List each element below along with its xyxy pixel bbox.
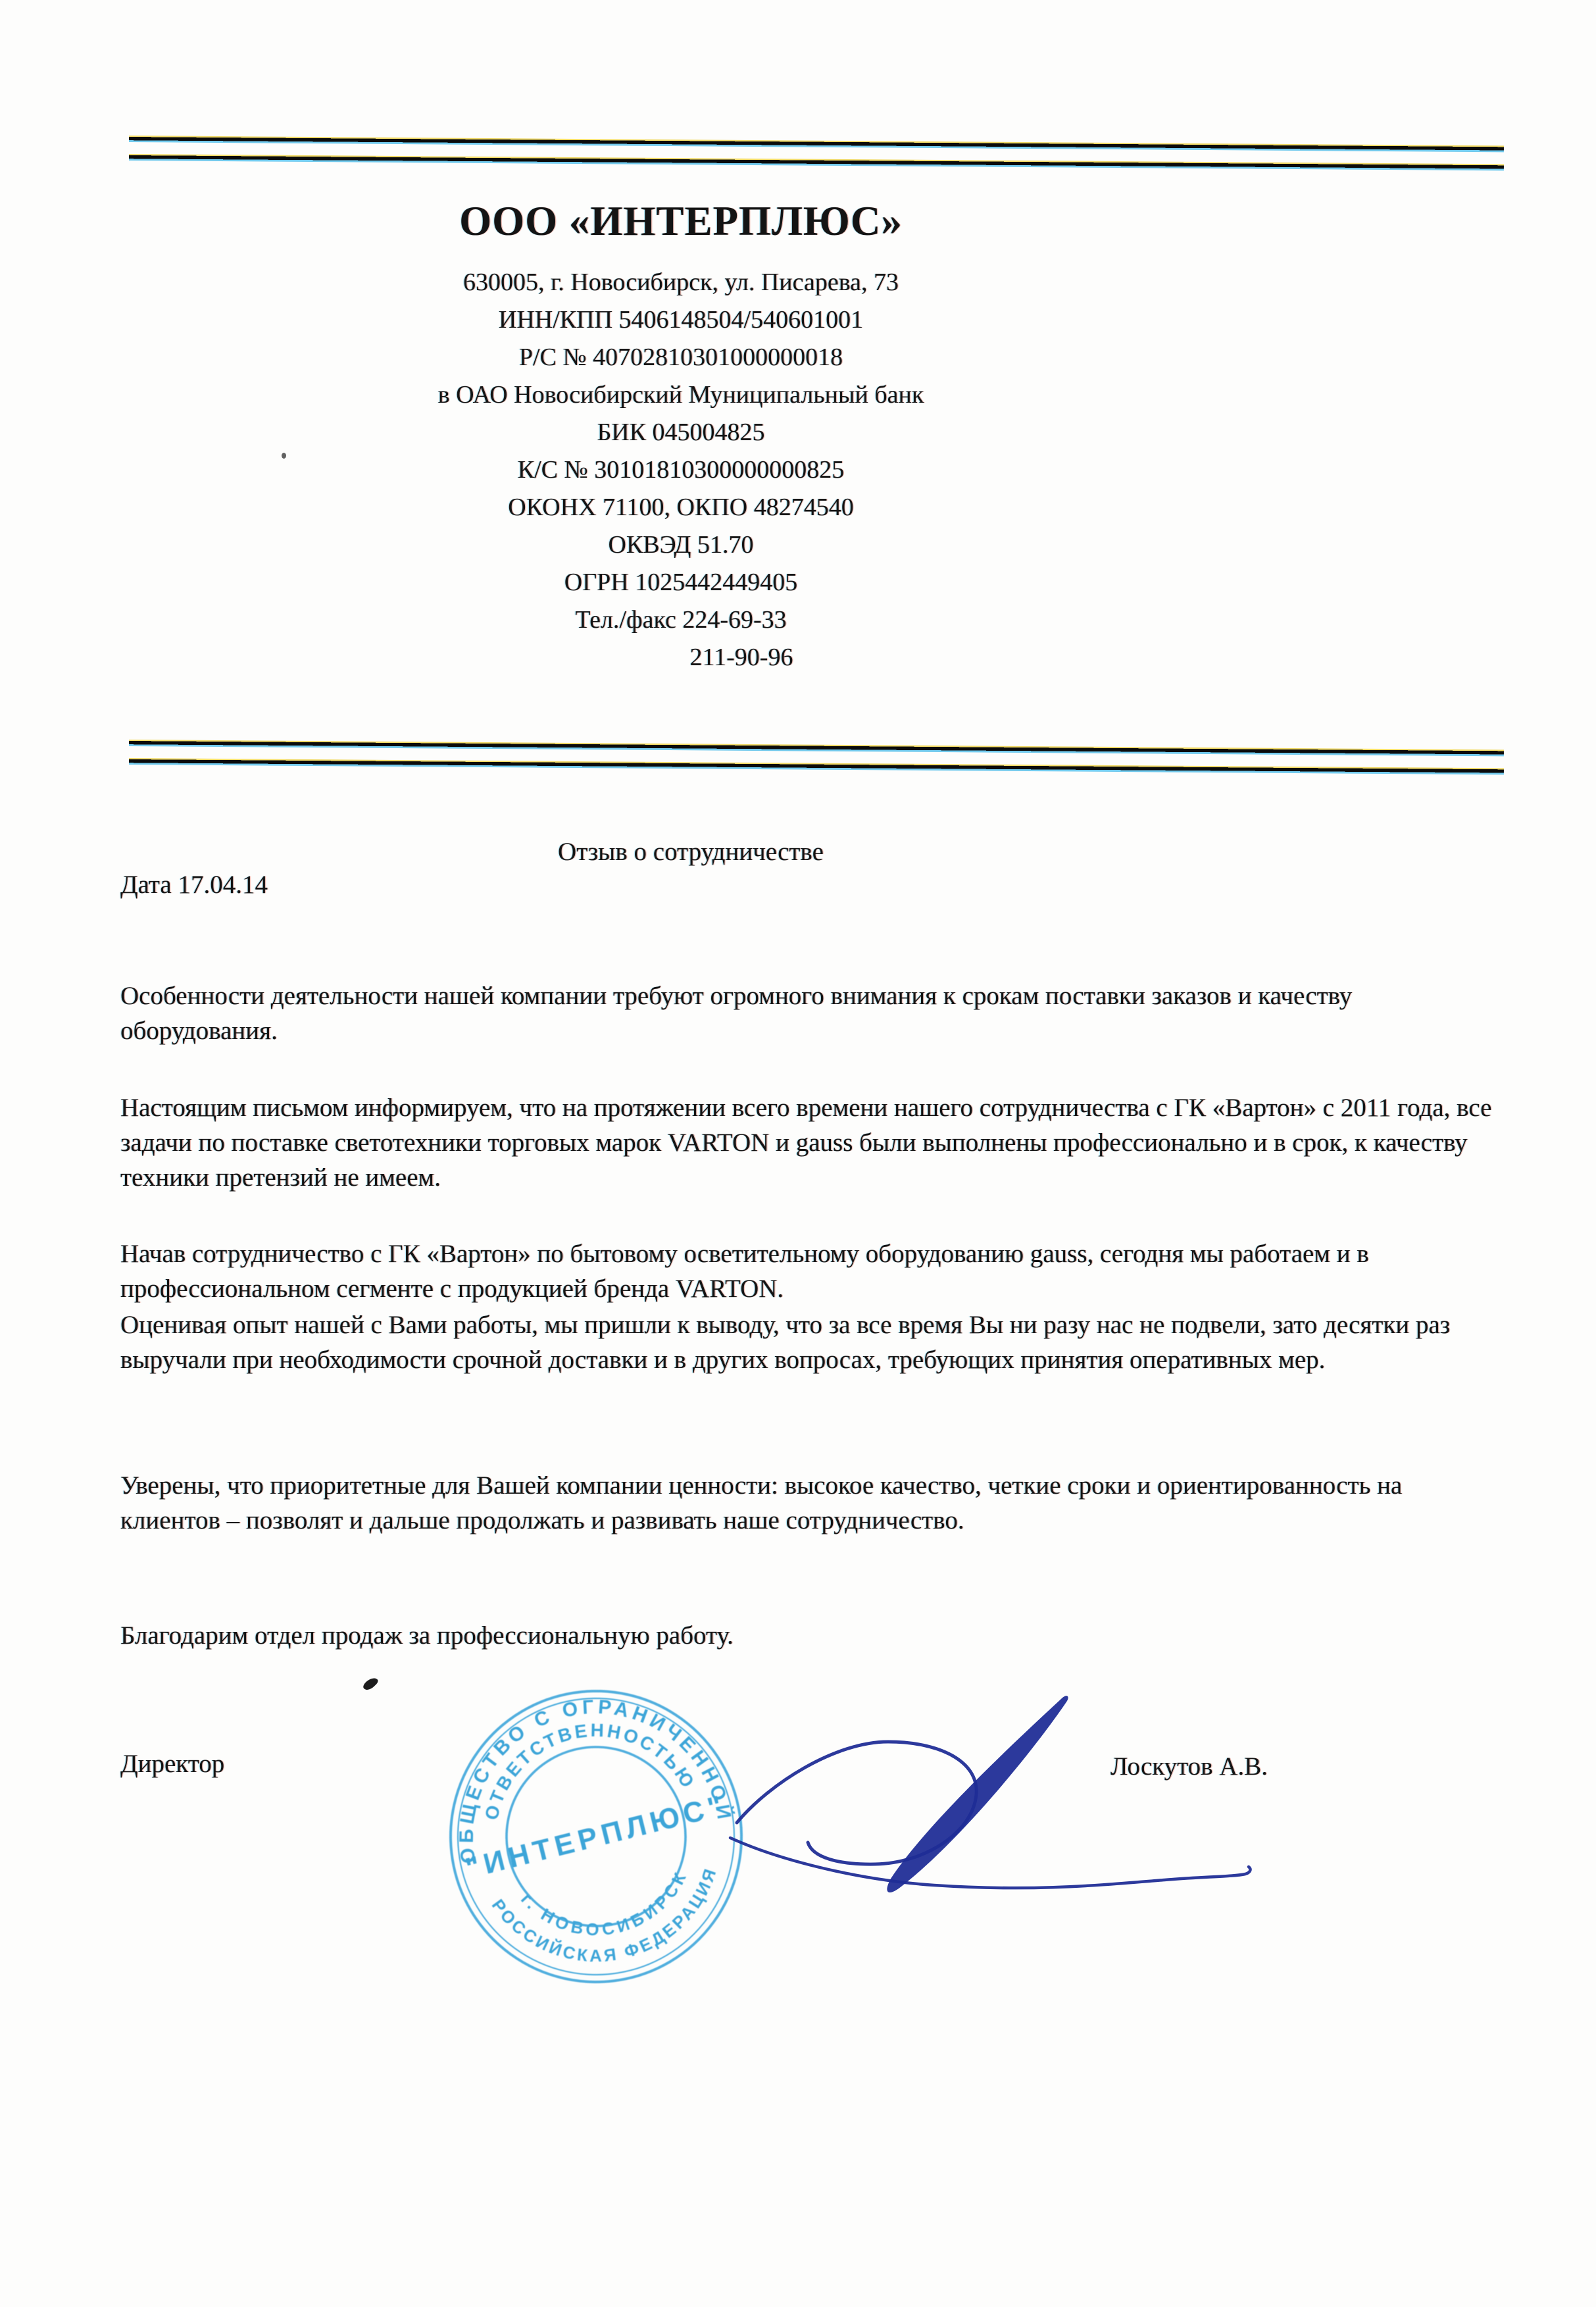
signature-spike <box>887 1696 1068 1892</box>
company-okved-line: ОКВЭД 51.70 <box>0 526 1362 564</box>
date-line: Дата 17.04.14 <box>120 870 268 900</box>
company-account-line: Р/С № 40702810301000000018 <box>0 339 1362 376</box>
letterhead: ООО «ИНТЕРПЛЮС» 630005, г. Новосибирск, … <box>0 197 1362 676</box>
company-phone2-line: 211-90-96 <box>61 639 1422 676</box>
letter-title: Отзыв о сотрудничестве <box>0 837 1382 867</box>
paragraph-gauss-varton: Начав сотрудничество с ГК «Вартон» по бы… <box>120 1236 1507 1306</box>
paragraph-delivery-quality: Особенности деятельности нашей компании … <box>120 978 1507 1048</box>
company-bik-line: БИК 045004825 <box>0 414 1362 451</box>
company-ogrn-line: ОГРН 1025442449405 <box>0 564 1362 601</box>
company-address-line: 630005, г. Новосибирск, ул. Писарева, 73 <box>0 264 1362 301</box>
paragraph-cooperation-since-2011: Настоящим письмом информируем, что на пр… <box>120 1090 1507 1195</box>
letterhead-rule-mid-1 <box>129 740 1504 756</box>
company-okonh-okpo-line: ОКОНХ 71100, ОКПО 48274540 <box>0 489 1362 526</box>
paragraph-experience-evaluation: Оценивая опыт нашей с Вами работы, мы пр… <box>120 1307 1507 1377</box>
paragraph-company-values: Уверены, что приоритетные для Вашей комп… <box>120 1468 1507 1538</box>
signature <box>704 1668 1283 1951</box>
letterhead-rule-top-2 <box>129 154 1504 170</box>
company-inn-kpp-line: ИНН/КПП 5406148504/540601001 <box>0 301 1362 339</box>
company-name: ООО «ИНТЕРПЛЮС» <box>0 197 1362 245</box>
company-bank-line: в ОАО Новосибирский Муниципальный банк <box>0 376 1362 414</box>
scan-speck <box>282 453 286 459</box>
company-corr-account-line: К/С № 30101810300000000825 <box>0 451 1362 489</box>
company-phone-fax-line: Тел./факс 224-69-33 <box>0 601 1362 639</box>
paragraph-thanks-sales: Благодарим отдел продаж за профессиональ… <box>120 1618 1507 1653</box>
scanned-letter-page: ООО «ИНТЕРПЛЮС» 630005, г. Новосибирск, … <box>0 0 1596 2307</box>
letterhead-rule-mid-2 <box>129 758 1504 774</box>
scan-speck <box>361 1677 380 1692</box>
letterhead-rule-top-1 <box>129 136 1504 152</box>
director-label: Директор <box>120 1749 224 1779</box>
